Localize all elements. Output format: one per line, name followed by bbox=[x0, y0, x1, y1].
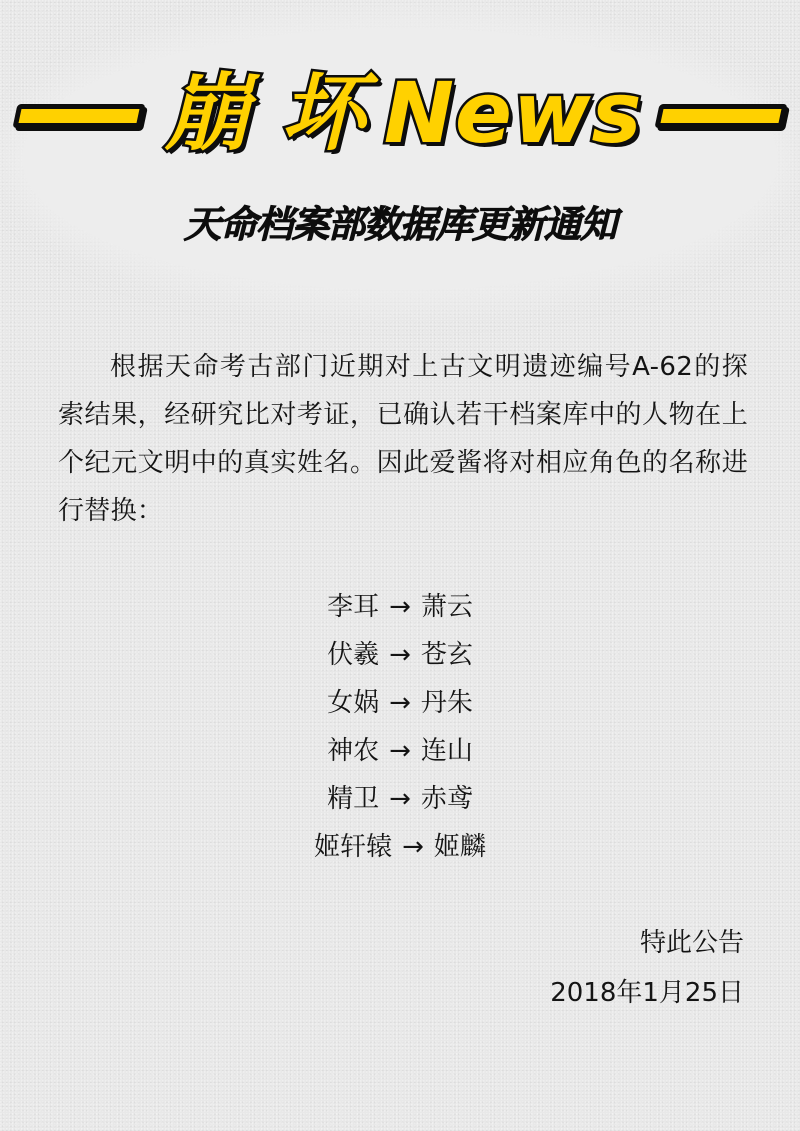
mapping-item: 精卫→赤鸢 bbox=[0, 775, 800, 823]
new-name: 萧云 bbox=[421, 592, 473, 622]
title-left-dash bbox=[13, 104, 146, 128]
notice-date: 2018年1月25日 bbox=[550, 968, 744, 1018]
mapping-item: 神农→连山 bbox=[0, 727, 800, 775]
new-name: 连山 bbox=[421, 736, 473, 766]
old-name: 神农 bbox=[327, 736, 379, 766]
new-name: 苍玄 bbox=[421, 640, 473, 670]
new-name: 赤鸢 bbox=[421, 784, 473, 814]
old-name: 伏羲 bbox=[327, 640, 379, 670]
news-title: 崩 坏News bbox=[165, 71, 642, 155]
notice-paragraph: 根据天命考古部门近期对上古文明遗迹编号A-62的探索结果，经研究比对考证，已确认… bbox=[58, 343, 748, 535]
title-right-dash bbox=[654, 104, 787, 128]
mapping-item: 姬轩辕→姬麟 bbox=[0, 823, 800, 871]
arrow-right-icon: → bbox=[389, 631, 411, 679]
arrow-right-icon: → bbox=[389, 679, 411, 727]
notice-subtitle: 天命档案部数据库更新通知 bbox=[0, 200, 800, 250]
mapping-item: 伏羲→苍玄 bbox=[0, 631, 800, 679]
old-name: 精卫 bbox=[327, 784, 379, 814]
mapping-item: 李耳→萧云 bbox=[0, 583, 800, 631]
arrow-right-icon: → bbox=[402, 823, 424, 871]
title-en: News bbox=[384, 64, 643, 162]
old-name: 姬轩辕 bbox=[314, 832, 392, 862]
old-name: 女娲 bbox=[327, 688, 379, 718]
old-name: 李耳 bbox=[327, 592, 379, 622]
new-name: 姬麟 bbox=[434, 832, 486, 862]
signature-block: 特此公告 2018年1月25日 bbox=[550, 918, 744, 1018]
arrow-right-icon: → bbox=[389, 583, 411, 631]
closing-text: 特此公告 bbox=[550, 918, 744, 968]
arrow-right-icon: → bbox=[389, 775, 411, 823]
news-title-banner: 崩 坏News bbox=[0, 58, 800, 168]
new-name: 丹朱 bbox=[421, 688, 473, 718]
name-mapping-list: 李耳→萧云 伏羲→苍玄 女娲→丹朱 神农→连山 精卫→赤鸢 姬轩辕→姬麟 bbox=[0, 583, 800, 871]
arrow-right-icon: → bbox=[389, 727, 411, 775]
mapping-item: 女娲→丹朱 bbox=[0, 679, 800, 727]
title-cn: 崩 坏 bbox=[165, 64, 365, 162]
